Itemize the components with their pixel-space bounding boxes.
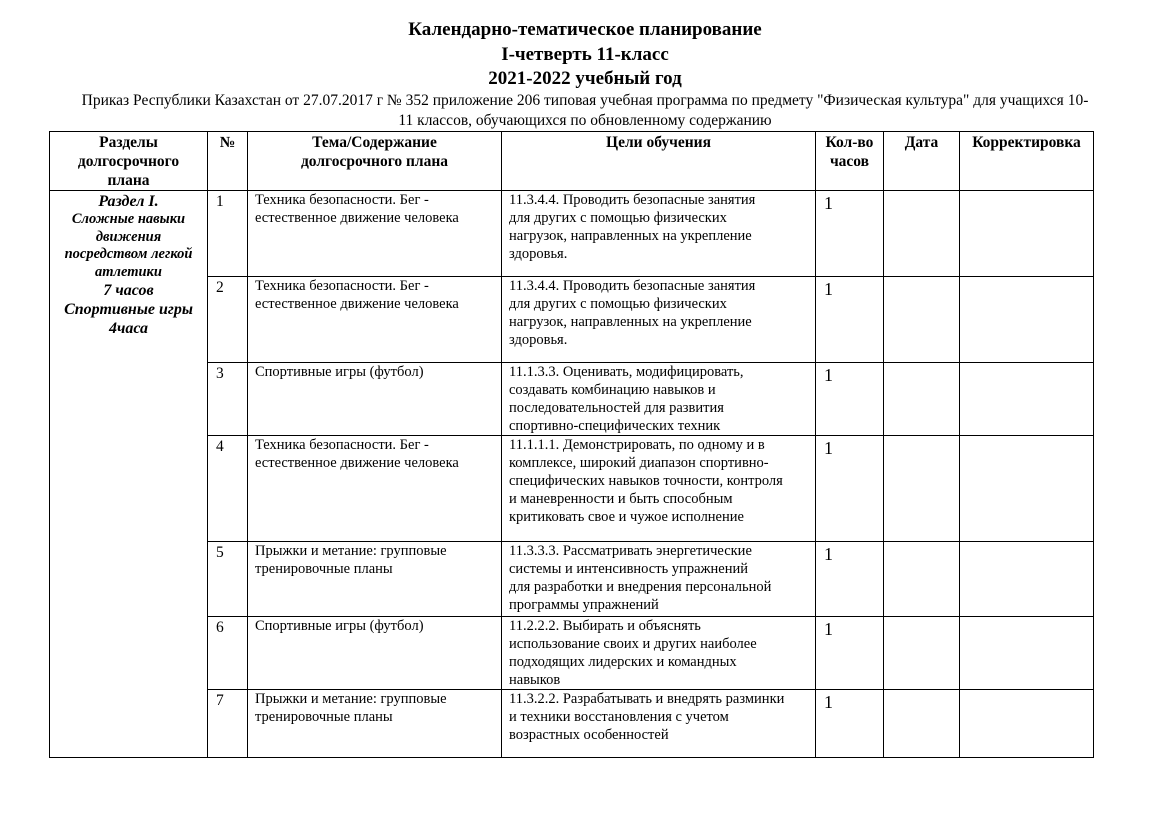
goal-line: возрастных особенностей (509, 726, 805, 744)
goal-line: комплексе, широкий диапазон спортивно- (509, 454, 805, 472)
goal-line: здоровья. (509, 245, 805, 263)
lesson-number: 2 (208, 277, 248, 363)
learning-goal: 11.3.4.4. Проводить безопасные занятиядл… (502, 277, 816, 363)
goal-line: и техники восстановления с учетом (509, 708, 805, 726)
col-header-topic: Тема/Содержание долгосрочного плана (248, 132, 502, 191)
goal-line: использование своих и других наиболее (509, 635, 805, 653)
col-header-date: Дата (884, 132, 960, 191)
goal-line: 11.3.4.4. Проводить безопасные занятия (509, 277, 805, 295)
lesson-date[interactable] (884, 277, 960, 363)
section-line: Сложные навыки (54, 211, 203, 229)
goal-line: 11.2.2.2. Выбирать и объяснять (509, 617, 805, 635)
section-line: движения (54, 229, 203, 247)
lesson-number: 1 (208, 191, 248, 277)
lesson-hours: 1 (816, 617, 884, 690)
col-header-number: № (208, 132, 248, 191)
header-row: Разделы долгосрочного плана № Тема/Содер… (50, 132, 1094, 191)
section-subtitle: Спортивные игры (54, 300, 203, 319)
academic-year-title: 2021-2022 учебный год (0, 67, 1170, 91)
lesson-correction[interactable] (960, 542, 1094, 617)
goal-line: для других с помощью физических (509, 295, 805, 313)
lesson-date[interactable] (884, 542, 960, 617)
quarter-class-title: I-четверть 11-класс (0, 43, 1170, 67)
goal-line: 11.1.1.1. Демонстрировать, по одному и в (509, 436, 805, 454)
goal-line: 11.1.3.3. Оценивать, модифицировать, (509, 363, 805, 381)
goal-line: создавать комбинацию навыков и (509, 381, 805, 399)
lesson-date[interactable] (884, 690, 960, 758)
col-header-goals: Цели обучения (502, 132, 816, 191)
lesson-topic: Спортивные игры (футбол) (248, 363, 502, 436)
document-title: Календарно-тематическое планирование (0, 18, 1170, 42)
table-row: Раздел I.Сложные навыкидвиженияпосредств… (50, 191, 1094, 277)
learning-goal: 11.2.2.2. Выбирать и объяснятьиспользова… (502, 617, 816, 690)
section-line: атлетики (54, 264, 203, 282)
lesson-hours: 1 (816, 363, 884, 436)
goal-line: программы упражнений (509, 596, 805, 614)
goal-line: нагрузок, направленных на укрепление (509, 313, 805, 331)
lesson-correction[interactable] (960, 690, 1094, 758)
goal-line: для других с помощью физических (509, 209, 805, 227)
lesson-correction[interactable] (960, 436, 1094, 542)
lesson-date[interactable] (884, 191, 960, 277)
lesson-hours: 1 (816, 191, 884, 277)
goal-line: специфических навыков точности, контроля (509, 472, 805, 490)
lesson-date[interactable] (884, 363, 960, 436)
lesson-correction[interactable] (960, 191, 1094, 277)
lesson-hours: 1 (816, 690, 884, 758)
lesson-hours: 1 (816, 277, 884, 363)
lesson-number: 6 (208, 617, 248, 690)
lesson-topic: Прыжки и метание: групповые тренировочны… (248, 542, 502, 617)
goal-line: 11.3.2.2. Разрабатывать и внедрять разми… (509, 690, 805, 708)
learning-goal: 11.3.2.2. Разрабатывать и внедрять разми… (502, 690, 816, 758)
lesson-correction[interactable] (960, 277, 1094, 363)
order-reference: Приказ Республики Казахстан от 27.07.201… (80, 91, 1090, 131)
section-hours: 7 часов (54, 281, 203, 300)
lesson-topic: Техника безопасности. Бег - естественное… (248, 277, 502, 363)
section-sub-hours: 4часа (54, 319, 203, 338)
col-header-sections: Разделы долгосрочного плана (50, 132, 208, 191)
goal-line: здоровья. (509, 331, 805, 349)
lesson-number: 7 (208, 690, 248, 758)
goal-line: подходящих лидерских и командных (509, 653, 805, 671)
goal-line: последовательностей для развития (509, 399, 805, 417)
learning-goal: 11.1.1.1. Демонстрировать, по одному и в… (502, 436, 816, 542)
lesson-topic: Прыжки и метание: групповые тренировочны… (248, 690, 502, 758)
lesson-topic: Спортивные игры (футбол) (248, 617, 502, 690)
goal-line: нагрузок, направленных на укрепление (509, 227, 805, 245)
section-title: Раздел I. (54, 192, 203, 211)
lesson-topic: Техника безопасности. Бег - естественное… (248, 191, 502, 277)
lesson-number: 3 (208, 363, 248, 436)
lesson-topic: Техника безопасности. Бег - естественное… (248, 436, 502, 542)
lesson-date[interactable] (884, 617, 960, 690)
lesson-number: 4 (208, 436, 248, 542)
goal-line: спортивно-специфических техник (509, 417, 805, 435)
lesson-correction[interactable] (960, 363, 1094, 436)
col-header-correction: Корректировка (960, 132, 1094, 191)
lesson-date[interactable] (884, 436, 960, 542)
planning-table: Разделы долгосрочного плана № Тема/Содер… (49, 131, 1094, 758)
goal-line: навыков (509, 671, 805, 689)
goal-line: 11.3.4.4. Проводить безопасные занятия (509, 191, 805, 209)
learning-goal: 11.1.3.3. Оценивать, модифицировать,созд… (502, 363, 816, 436)
lesson-correction[interactable] (960, 617, 1094, 690)
lesson-hours: 1 (816, 542, 884, 617)
learning-goal: 11.3.4.4. Проводить безопасные занятиядл… (502, 191, 816, 277)
lesson-hours: 1 (816, 436, 884, 542)
goal-line: и маневренности и быть способным (509, 490, 805, 508)
col-header-hours: Кол-во часов (816, 132, 884, 191)
goal-line: критиковать свое и чужое исполнение (509, 508, 805, 526)
goal-line: для разработки и внедрения персональной (509, 578, 805, 596)
section-cell: Раздел I.Сложные навыкидвиженияпосредств… (50, 191, 208, 758)
lesson-number: 5 (208, 542, 248, 617)
goal-line: 11.3.3.3. Рассматривать энергетические (509, 542, 805, 560)
goal-line: системы и интенсивность упражнений (509, 560, 805, 578)
learning-goal: 11.3.3.3. Рассматривать энергетическиеси… (502, 542, 816, 617)
section-line: посредством легкой (54, 246, 203, 264)
